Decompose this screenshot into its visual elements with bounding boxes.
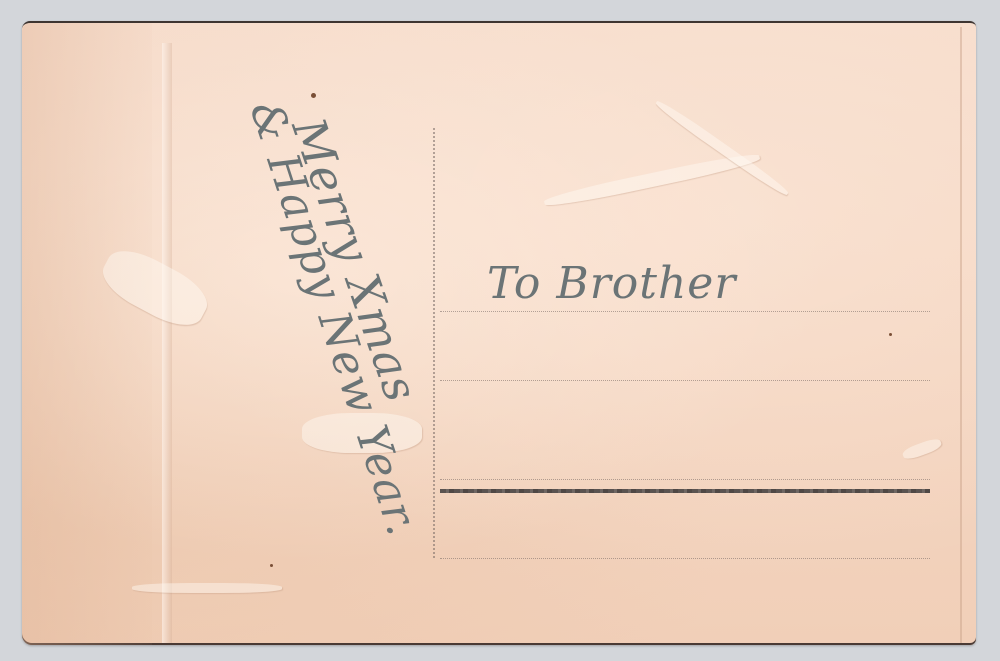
ink-spot <box>889 333 892 336</box>
address-line-2 <box>440 380 930 381</box>
address-line-4 <box>440 558 930 559</box>
ink-spot <box>270 564 273 567</box>
embossed-branch <box>654 98 791 198</box>
address-text: To Brother <box>487 258 736 309</box>
embossed-column <box>162 43 172 643</box>
ink-spot <box>311 93 316 98</box>
address-line-1 <box>440 311 930 312</box>
postcard-back: Merry Xmas & Happy New Year. To Brother <box>22 21 976 645</box>
embossed-leaf <box>901 437 943 462</box>
address-line-3 <box>440 479 930 480</box>
address-line-solid <box>440 489 930 493</box>
postcard-divider <box>433 128 435 558</box>
embossed-bird <box>95 240 216 336</box>
embossed-ground <box>132 583 282 593</box>
